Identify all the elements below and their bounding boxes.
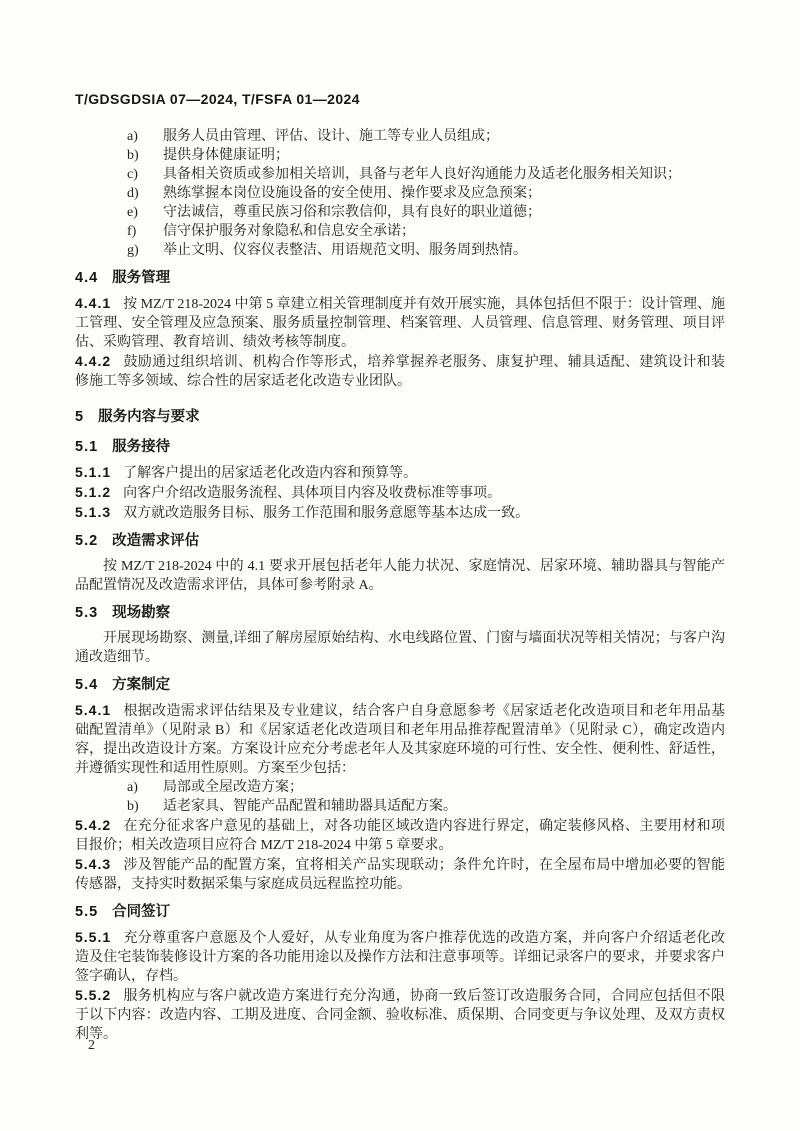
section-number: 5 [75, 409, 84, 425]
list-item: d)熟练掌握本岗位设施设备的安全使用、操作要求及应急预案； [75, 184, 725, 203]
clause-text: 服务机构应与客户就改造方案进行充分沟通，协商一致后签订改造服务合同，合同应包括但… [75, 989, 725, 1042]
clause-5-1-3: 5.1.3双方就改造服务目标、服务工作范围和服务意愿等基本达成一致。 [75, 503, 725, 523]
chapter-heading-5: 5服务内容与要求 [75, 407, 725, 427]
section-number: 4.4 [75, 270, 98, 286]
section-title: 服务管理 [112, 270, 170, 286]
section-heading-4-4: 4.4服务管理 [75, 268, 725, 288]
section-title: 合同签订 [112, 904, 170, 920]
list-item-text: 提供身体健康证明； [163, 148, 289, 163]
clause-5-4-1: 5.4.1根据改造需求评估结果及专业建议，结合客户自身意愿参考《居家适老化改造项… [75, 701, 725, 778]
clause-5-4-1-sublist: a)局部或全屋改造方案； b)适老家具、智能产品配置和辅助器具适配方案。 [75, 778, 725, 816]
clause-5-4-2: 5.4.2在充分征求客户意见的基础上，对各功能区域改造内容进行界定，确定装修风格… [75, 816, 725, 855]
clause-text: 鼓励通过组织培训、机构合作等形式，培养掌握养老服务、康复护理、辅具适配、建筑设计… [75, 355, 725, 389]
clause-text: 涉及智能产品的配置方案，宜将相关产品实现联动；条件允许时，在全屋布局中增加必要的… [75, 858, 725, 892]
clause-5-4-3: 5.4.3涉及智能产品的配置方案，宜将相关产品实现联动；条件允许时，在全屋布局中… [75, 855, 725, 894]
list-item: g)举止文明、仪容仪表整洁、用语规范文明、服务周到热情。 [75, 241, 725, 260]
clause-4-4-1: 4.4.1按 MZ/T 218-2024 中第 5 章建立相关管理制度并有效开展… [75, 294, 725, 352]
list-item: e)守法诚信，尊重民族习俗和宗教信仰，具有良好的职业道德； [75, 203, 725, 222]
list-item-text: 适老家具、智能产品配置和辅助器具适配方案。 [163, 799, 457, 814]
section-title: 服务接待 [112, 439, 170, 455]
section-number: 5.2 [75, 533, 98, 549]
section-heading-5-1: 5.1服务接待 [75, 437, 725, 457]
section-title: 服务内容与要求 [98, 409, 200, 425]
clause-number: 5.1.3 [75, 504, 111, 520]
clause-text: 向客户介绍改造服务流程、具体项目内容及收费标准等事项。 [123, 486, 501, 501]
clause-text: 按 MZ/T 218-2024 中第 5 章建立相关管理制度并有效开展实施，具体… [75, 297, 725, 350]
paragraph-5-2: 按 MZ/T 218-2024 中的 4.1 要求开展包括老年人能力状况、家庭情… [75, 557, 725, 595]
list-item-text: 局部或全屋改造方案； [163, 780, 303, 795]
list-item: a)服务人员由管理、评估、设计、施工等专业人员组成； [75, 127, 725, 146]
clause-number: 5.4.2 [75, 817, 111, 833]
section-heading-5-4: 5.4方案制定 [75, 675, 725, 695]
list-item-text: 服务人员由管理、评估、设计、施工等专业人员组成； [163, 129, 499, 144]
clause-5-5-1: 5.5.1充分尊重客户意愿及个人爱好，从专业角度为客户推荐优选的改造方案，并向客… [75, 928, 725, 986]
clause-text: 双方就改造服务目标、服务工作范围和服务意愿等基本达成一致。 [123, 506, 529, 521]
clause-5-1-1: 5.1.1了解客户提出的居家适老化改造内容和预算等。 [75, 463, 725, 483]
section-number: 5.3 [75, 605, 98, 621]
requirement-list-a-g: a)服务人员由管理、评估、设计、施工等专业人员组成； b)提供身体健康证明； c… [75, 127, 725, 260]
list-item-text: 熟练掌握本岗位设施设备的安全使用、操作要求及应急预案； [163, 186, 541, 201]
list-marker: c) [127, 165, 163, 184]
list-item-text: 守法诚信，尊重民族习俗和宗教信仰，具有良好的职业道德； [163, 205, 541, 220]
clause-4-4-2: 4.4.2鼓励通过组织培训、机构合作等形式，培养掌握养老服务、康复护理、辅具适配… [75, 352, 725, 391]
section-number: 5.4 [75, 677, 98, 693]
list-item: b)提供身体健康证明； [75, 146, 725, 165]
clause-number: 4.4.1 [75, 295, 111, 311]
page-number: 2 [88, 1036, 95, 1055]
section-title: 方案制定 [112, 677, 170, 693]
list-item: a)局部或全屋改造方案； [75, 778, 725, 797]
clause-5-1-2: 5.1.2向客户介绍改造服务流程、具体项目内容及收费标准等事项。 [75, 483, 725, 503]
list-item-text: 举止文明、仪容仪表整洁、用语规范文明、服务周到热情。 [163, 243, 527, 258]
clause-number: 5.5.1 [75, 929, 111, 945]
clause-text: 根据改造需求评估结果及专业建议，结合客户自身意愿参考《居家适老化改造项目和老年用… [75, 704, 725, 776]
paragraph-5-3: 开展现场勘察、测量,详细了解房屋原始结构、水电线路位置、门窗与墙面状况等相关情况… [75, 629, 725, 667]
list-marker: f) [127, 222, 163, 241]
clause-5-5-2: 5.5.2服务机构应与客户就改造方案进行充分沟通，协商一致后签订改造服务合同，合… [75, 986, 725, 1044]
list-marker: a) [127, 127, 163, 146]
section-heading-5-5: 5.5合同签订 [75, 902, 725, 922]
list-item: f)信守保护服务对象隐私和信息安全承诺； [75, 222, 725, 241]
section-heading-5-3: 5.3现场勘察 [75, 603, 725, 623]
clause-number: 5.1.1 [75, 464, 111, 480]
section-title: 现场勘察 [112, 605, 170, 621]
clause-number: 4.4.2 [75, 353, 111, 369]
standard-number-header: T/GDSGDSIA 07—2024, T/FSFA 01—2024 [75, 90, 725, 109]
document-page: T/GDSGDSIA 07—2024, T/FSFA 01—2024 a)服务人… [0, 0, 800, 1131]
clause-number: 5.5.2 [75, 987, 111, 1003]
list-marker: a) [127, 778, 163, 797]
section-title: 改造需求评估 [112, 533, 199, 549]
section-number: 5.1 [75, 439, 98, 455]
list-marker: b) [127, 797, 163, 816]
list-item-text: 信守保护服务对象隐私和信息安全承诺； [163, 224, 415, 239]
list-item: b)适老家具、智能产品配置和辅助器具适配方案。 [75, 797, 725, 816]
list-marker: b) [127, 146, 163, 165]
clause-text: 了解客户提出的居家适老化改造内容和预算等。 [123, 466, 417, 481]
list-item: c)具备相关资质或参加相关培训，具备与老年人良好沟通能力及适老化服务相关知识； [75, 165, 725, 184]
list-marker: e) [127, 203, 163, 222]
clause-number: 5.4.1 [75, 702, 111, 718]
clause-number: 5.1.2 [75, 484, 111, 500]
list-marker: d) [127, 184, 163, 203]
list-item-text: 具备相关资质或参加相关培训，具备与老年人良好沟通能力及适老化服务相关知识； [163, 167, 681, 182]
section-number: 5.5 [75, 904, 98, 920]
clause-number: 5.4.3 [75, 856, 111, 872]
clause-text: 充分尊重客户意愿及个人爱好，从专业角度为客户推荐优选的改造方案，并向客户介绍适老… [75, 931, 725, 984]
clause-text: 在充分征求客户意见的基础上，对各功能区域改造内容进行界定，确定装修风格、主要用材… [75, 819, 725, 853]
section-heading-5-2: 5.2改造需求评估 [75, 531, 725, 551]
list-marker: g) [127, 241, 163, 260]
